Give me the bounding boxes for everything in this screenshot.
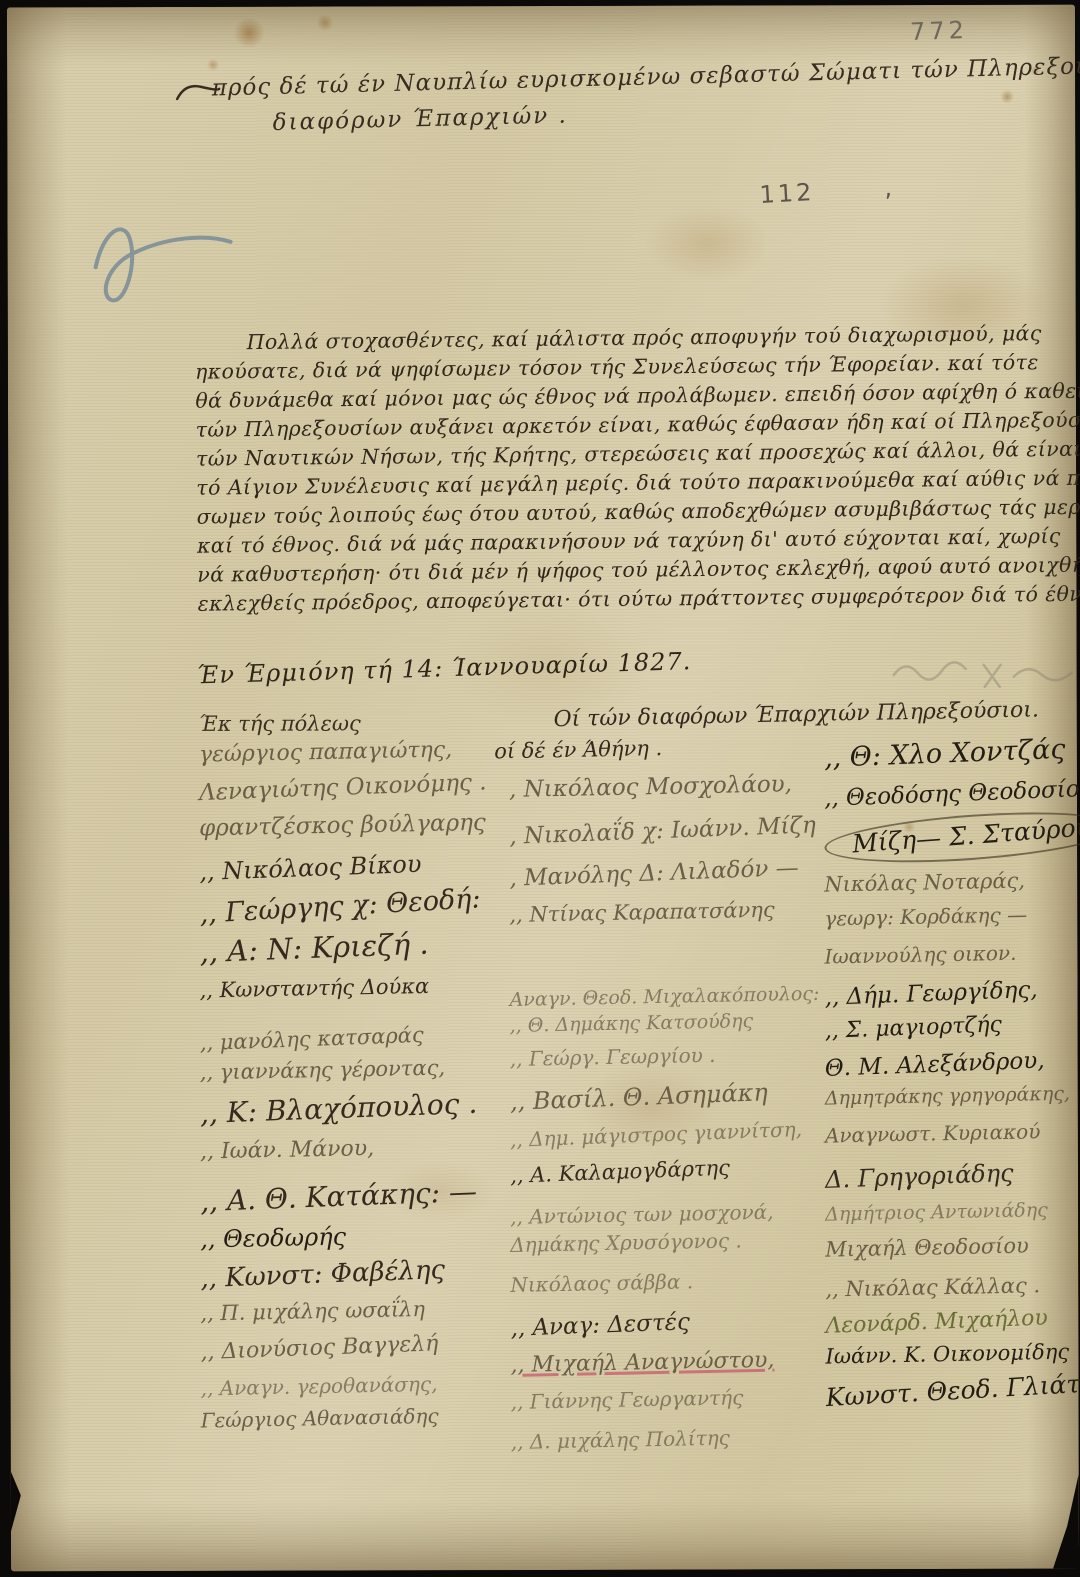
edge-nick-left [11, 1471, 21, 1531]
signature-item: ,, Κ: Βλαχόπουλος . [199, 1086, 500, 1130]
signature-item: ,, Α. Θ. Κατάκης: — [200, 1174, 501, 1218]
signature-item: , Νικολαΐδ χ: Ιωάνν. Μίζη [509, 811, 840, 849]
signature-item: Νικόλαος σάββα . [510, 1266, 840, 1297]
signature-item: Λεονάρδ. Μιχαήλου [825, 1304, 1080, 1339]
signature-column-left: Έκ τής πόλεως γεώργιος παπαγιώτης,Λεναγι… [199, 711, 501, 1430]
signature-item: ,, Σ. μαγιορτζής [824, 1009, 1080, 1044]
signature-item: ,, Ντίνας Καραπατσάνης [509, 896, 839, 927]
blue-pencil-mark [85, 212, 235, 312]
signature-item: Δημάκης Χρυσόγονος . [510, 1226, 840, 1257]
signature-item: ,, Νικόλας Κάλλας . [825, 1272, 1080, 1301]
signature-item: ,, Δημ. μάγιστρος γιαννίτση, [510, 1115, 841, 1151]
address-heading: πρός δέ τώ έν Ναυπλίω ευρισκομένω σεβαστ… [212, 56, 973, 137]
signature-item: ,, Δήμ. Γεωργίδης, [824, 975, 1080, 1011]
torn-corner-bottom-right [1053, 1474, 1079, 1569]
signature-item: Γεώργιος Αθανασιάδης [200, 1402, 500, 1432]
signature-item: φραντζέσκος βούλγαρης [199, 809, 499, 841]
signature-item: ,, Γεώργης χ: Θεοδή: [199, 882, 500, 929]
signature-item: ,, Α. Καλαμογδάρτης [510, 1151, 841, 1187]
signature-item: Κωνστ. Θεοδ. Γλιάτζης [825, 1369, 1080, 1413]
signature-item: ,, Θεοδωρής [200, 1219, 501, 1253]
signature-item: ,, Αναγν. γεροθανάσης, [200, 1370, 500, 1400]
signature-column-right: ,, Θ: Χλο Χοντζάς,, Θεοδόσης ΘεοδοσίουΜί… [824, 738, 1080, 1406]
letter-paper: 772 112, πρός δέ τώ έν Ναυπλίω ευρισκομέ… [7, 5, 1079, 1572]
page-number: 112, [759, 174, 896, 209]
signature-column-middle: , Νικόλαος Μοσχολάου,, Νικολαΐδ χ: Ιωάνν… [509, 773, 841, 1451]
signature-item: ,, Π. μιχάλης ωσαΐλη [200, 1295, 500, 1325]
pencil-scribble [889, 635, 1079, 705]
signature-item: , Νικόλαος Μοσχολάου, [509, 770, 839, 803]
signature-item: ,, Θ. Δημάκης Κατσούδης [509, 1008, 839, 1037]
signature-item: ,, Αναγ: Δεστές [510, 1303, 841, 1341]
signature-item: , Μανόλης Δ: Λιλαδόν — [509, 853, 840, 891]
signature-item: Ιωαννούλης οικον. [824, 939, 1080, 968]
signature-item: ,, Θεοδόσης Θεοδοσίου [824, 776, 1080, 812]
signature-item: Μιχαήλ Θεοδοσίου [825, 1232, 1080, 1261]
signature-item: ,, Αντώνιος των μοσχονά, [510, 1198, 840, 1229]
signature-item: Δημήτριος Αντωνιάδης [825, 1198, 1080, 1225]
signature-item: ,, μανόλης κατσαράς [199, 1020, 500, 1055]
signature-item: Λεναγιώτης Οικονόμης . [199, 769, 500, 806]
signature-item: Ιωάνν. Κ. Οικονομίδης [825, 1339, 1080, 1368]
signature-item: ,, Ιωάν. Μάνου, [200, 1133, 500, 1164]
signature-item: ,, Μιχαήλ Αναγνώστου, [510, 1346, 840, 1378]
signature-item: ,, Κωνστ: Φαβέλης [200, 1253, 501, 1294]
signature-item: ,, Νικόλαος Βίκου [199, 847, 500, 886]
signature-item: γεωργ: Κορδάκης — [824, 901, 1080, 930]
signature-item: Μίζη— Σ. Σταύρου [823, 804, 1080, 870]
signature-item: ,, Διονύσιος Βαγγελή [200, 1329, 501, 1365]
pencil-comma: , [883, 174, 895, 203]
signature-item: Νικόλας Νοταράς, [824, 867, 1080, 896]
signature-item: ,, Γεώργ. Γεωργίου . [509, 1040, 839, 1071]
signature-item: ,, Γιάννης Γεωργαντής [510, 1383, 840, 1414]
signature-item: ,, Βασίλ. Θ. Ασημάκη [509, 1075, 840, 1115]
signature-item: ,, Θ: Χλο Χοντζάς [823, 733, 1080, 774]
signature-item: ,, γιαννάκης γέροντας, [200, 1054, 500, 1084]
signature-item: Αναγνωστ. Κυριακού [825, 1118, 1080, 1147]
signature-column-left-header: Έκ τής πόλεως [199, 711, 499, 736]
signature-item: ,, Δ. μιχάλης Πολίτης [510, 1423, 840, 1454]
signature-item: ,, Α: Ν: Κριεζή . [199, 924, 500, 969]
signature-item: Θ. Μ. Αλεξάνδρου, [824, 1046, 1080, 1082]
signature-item: Δημητράκης γρηγοράκης, [825, 1082, 1080, 1109]
signature-item: ,, Κωνσταντής Δούκα [199, 972, 499, 1002]
signature-heading-line1: Οί τών διαφόρων Έπαρχιών Πληρεξούσιοι. [553, 697, 1039, 732]
signature-item: γεώργιος παπαγιώτης, [199, 737, 499, 768]
dateline: Έν Έρμιόνη τή 14: Ίαννουαρίω 1827. [196, 647, 691, 689]
archive-number: 772 [910, 16, 969, 46]
body-paragraph: Πολλά στοχασθέντες, καί μάλιστα πρός απο… [195, 319, 1070, 619]
scanned-manuscript: 772 112, πρός δέ τώ έν Ναυπλίω ευρισκομέ… [0, 0, 1080, 1577]
signature-item: Αναγν. Θεοδ. Μιχαλακόπουλος: [509, 982, 839, 1011]
signature-item: Δ. Γρηγοριάδης [825, 1156, 1080, 1194]
address-heading-line2: διαφόρων Έπαρχιών . [272, 92, 972, 136]
